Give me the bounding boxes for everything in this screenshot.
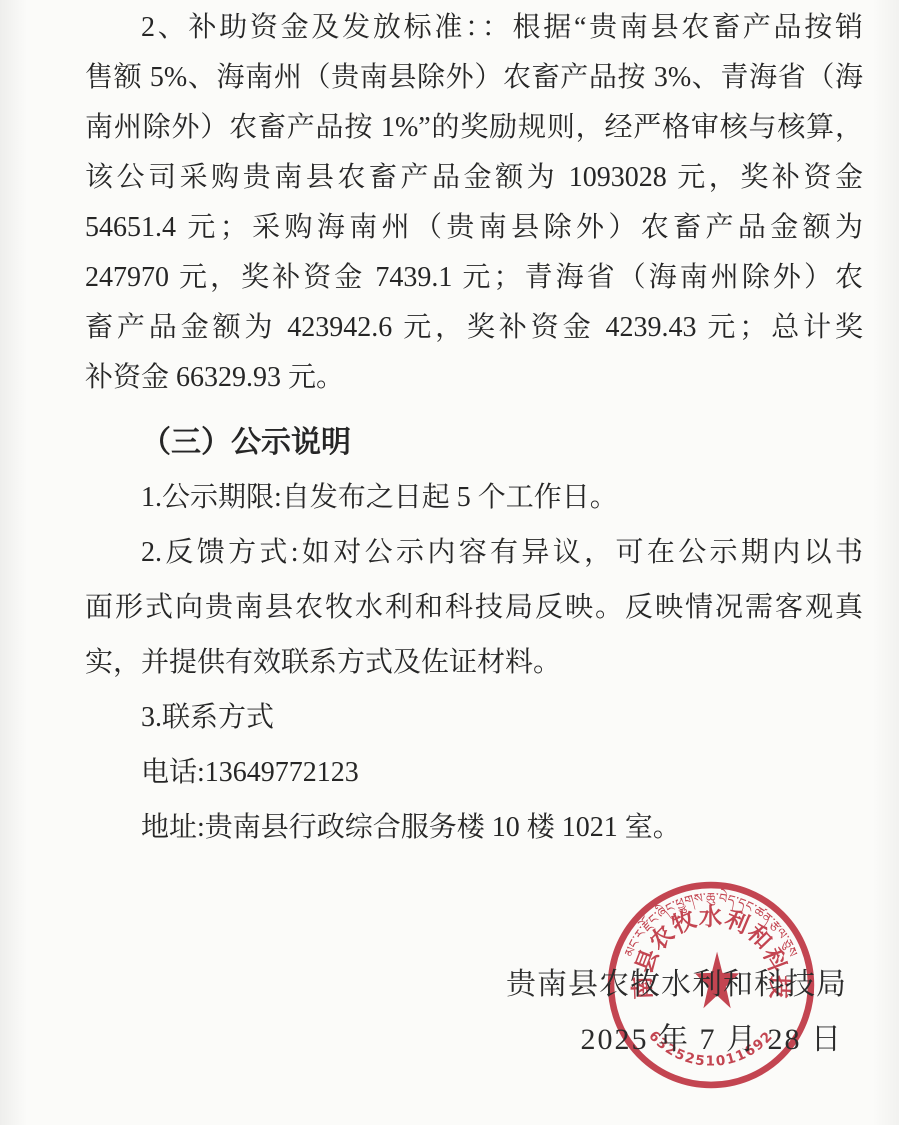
item-feedback-line: 实，并提供有效联系方式及佐证材料。 [85, 635, 863, 690]
para1-line: 247970 元，奖补资金 7439.1 元；青海省（海南州除外）农 [85, 253, 863, 303]
signature-org: 贵南县农牧水利和科技局 [506, 957, 847, 1012]
para1-line: 2、补助资金及发放标准：：根据“贵南县农畜产品按销 [141, 3, 863, 53]
para1-line: 畜产品金额为 423942.6 元，奖补资金 4239.43 元；总计奖 [85, 303, 863, 353]
para1-line: 补资金 66329.93 元。 [85, 353, 863, 403]
item-feedback-line: 2.反馈方式:如对公示内容有异议，可在公示期内以书 [141, 525, 863, 580]
item-feedback-line: 面形式向贵南县农牧水利和科技局反映。反映情况需客观真 [85, 580, 863, 635]
address-line: 地址:贵南县行政综合服务楼 10 楼 1021 室。 [141, 800, 863, 855]
para1-line: 南州除外）农畜产品按 1%”的奖励规则，经严格审核与核算， [85, 103, 863, 153]
item-public-period: 1.公示期限:自发布之日起 5 个工作日。 [141, 470, 863, 525]
section-heading: （三）公示说明 [141, 415, 863, 470]
signature-date: 2025 年 7 月 28 日 [581, 1012, 844, 1067]
para1-line: 该公司采购贵南县农畜产品金额为 1093028 元，奖补资金 [85, 153, 863, 203]
document-page: 2、补助资金及发放标准：：根据“贵南县农畜产品按销 售额 5%、海南州（贵南县除… [0, 0, 899, 1125]
para1-line: 54651.4 元；采购海南州（贵南县除外）农畜产品金额为 [85, 203, 863, 253]
phone-line: 电话:13649772123 [141, 745, 863, 800]
para1-line: 售额 5%、海南州（贵南县除外）农畜产品按 3%、青海省（海 [85, 53, 863, 103]
item-contact: 3.联系方式 [141, 690, 863, 745]
